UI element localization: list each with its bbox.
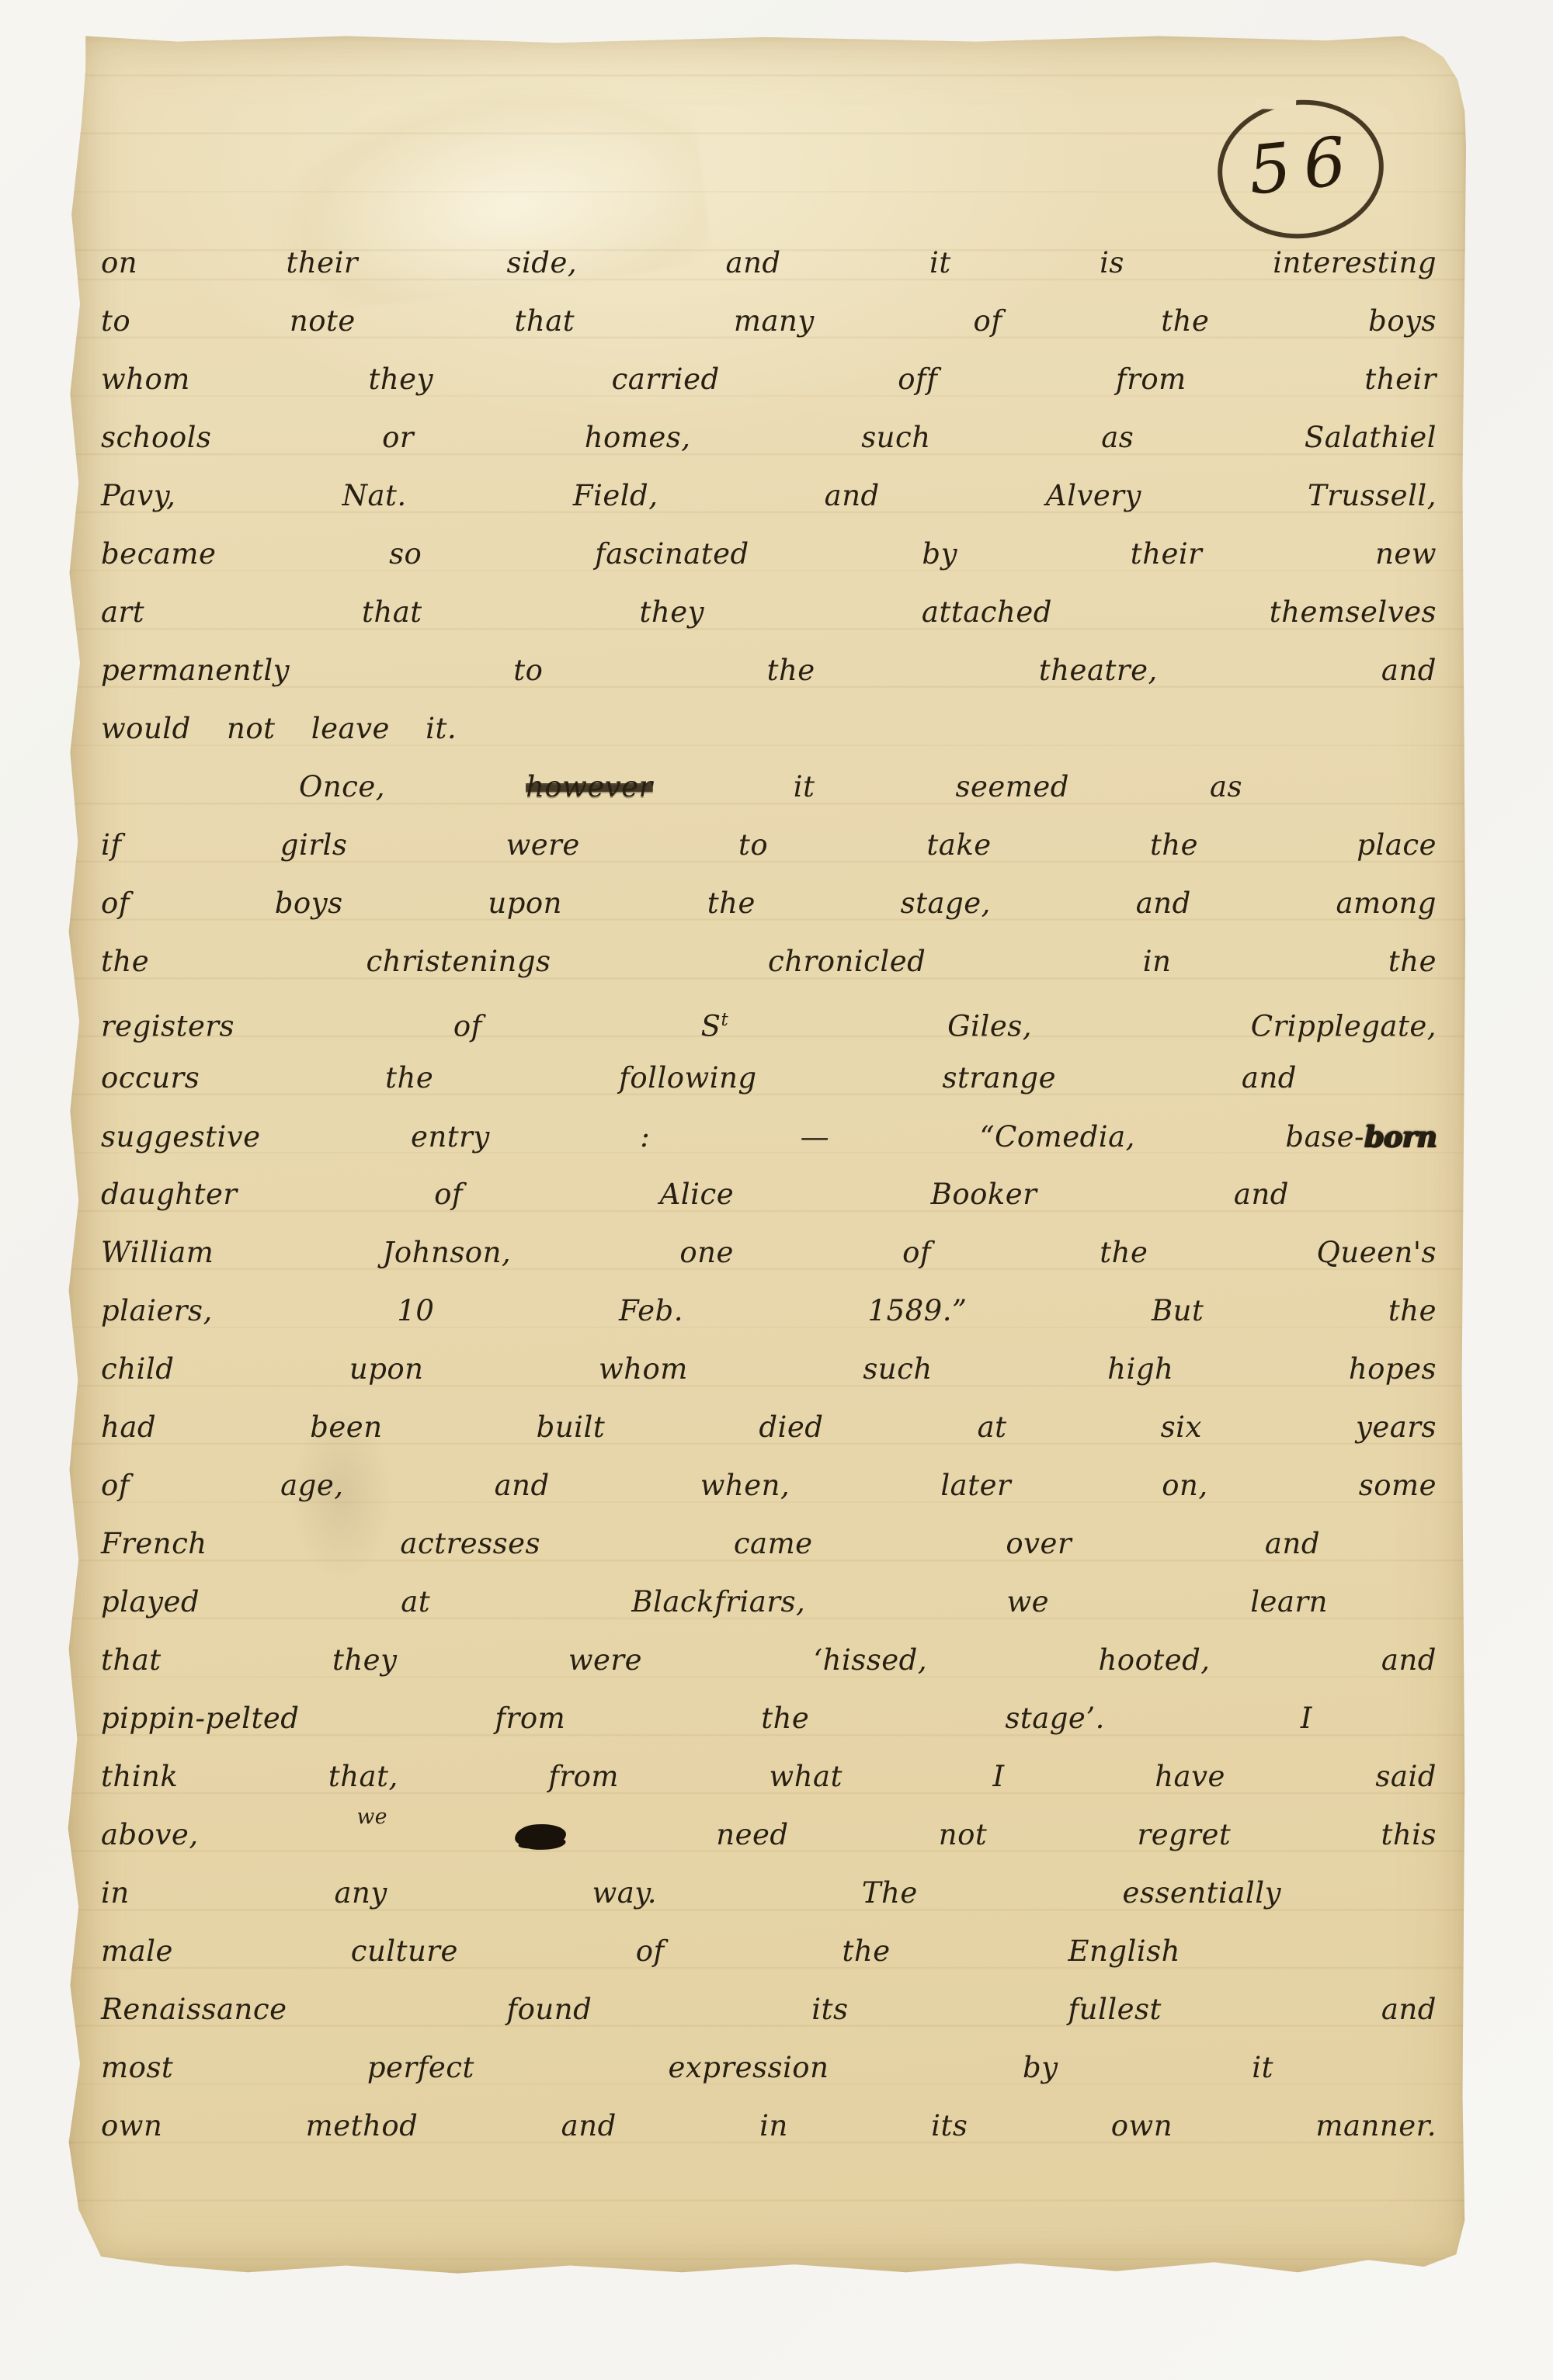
manuscript-line: pippin-pelted from the stage’. I [101, 1691, 1312, 1749]
text-segment: William Johnson, one of the Queen's [101, 1236, 1437, 1269]
text-segment: registers of S [101, 1009, 721, 1043]
text-segment: French actresses came over and [101, 1527, 1320, 1560]
text-segment: had been built died at six years [101, 1410, 1437, 1444]
superscript-letter: t [721, 1010, 729, 1030]
text-segment: most perfect expression by it [101, 2051, 1273, 2084]
manuscript-line: in any way. The essentially [101, 1865, 1281, 1924]
text-segment: suggestive entry : — “Comedia, base- [101, 1120, 1364, 1154]
manuscript-line: had been built died at six years [101, 1400, 1437, 1458]
text-segment: became so fascinated by their new [101, 537, 1437, 571]
manuscript-line: art that they attached themselves [101, 585, 1437, 643]
text-segment: Giles, Cripplegate, [947, 1009, 1437, 1043]
struck-word: however [526, 770, 653, 803]
text-segment: whom they carried off from their [101, 363, 1437, 396]
ink-blot [514, 1823, 566, 1848]
manuscript-line: permanently to the theatre, and [101, 643, 1437, 701]
text-segment: own method and in its own manner. [101, 2109, 1437, 2142]
text-segment: pippin-pelted from the stage’. I [101, 1702, 1312, 1735]
text-segment: art that they attached themselves [101, 595, 1437, 629]
text-segment: if girls were to take the place [101, 828, 1437, 862]
manuscript-line: plaiers, 10 Feb. 1589.” But the [101, 1283, 1437, 1341]
manuscript-line: became so fascinated by their new [101, 526, 1437, 585]
page-number-circle: 56 [1211, 92, 1390, 246]
page-number: 56 [1239, 121, 1363, 217]
manuscript-line: played at Blackfriars, we learn [101, 1574, 1328, 1632]
manuscript-line: of boys upon the stage, and among [101, 876, 1437, 934]
manuscript-line: William Johnson, one of the Queen's [101, 1225, 1437, 1283]
text-segment: of boys upon the stage, and among [101, 886, 1437, 920]
manuscript-line: schools or homes, such as Salathiel [101, 410, 1437, 468]
manuscript-line: registers of St Giles, Cripplegate, [101, 992, 1437, 1050]
manuscript-line: French actresses came over and [101, 1516, 1320, 1574]
manuscript-line: think that, from what I have said [101, 1749, 1437, 1807]
text-segment: Once, [299, 770, 385, 803]
text-segment: schools or homes, such as Salathiel [101, 421, 1437, 454]
text-segment: above, [101, 1818, 199, 1851]
manuscript-line: most perfect expression by it [101, 2040, 1273, 2098]
manuscript-line: Once, however it seemed as [101, 759, 1242, 817]
manuscript-line: if girls were to take the place [101, 817, 1437, 876]
manuscript-line: occurs the following strange and [101, 1050, 1297, 1108]
text-segment: permanently to the theatre, and [101, 654, 1437, 687]
manuscript-line: whom they carried off from their [101, 352, 1437, 410]
manuscript-line: daughter of Alice Booker and [101, 1167, 1289, 1225]
manuscript-line: would not leave it. [101, 701, 1437, 759]
text-segment: occurs the following strange and [101, 1061, 1297, 1095]
text-segment: Pavy, Nat. Field, and Alvery Trussell, [101, 479, 1437, 512]
overwritten-word: born [1364, 1119, 1437, 1154]
text-segment: child upon whom such high hopes [101, 1352, 1437, 1386]
manuscript-line: suggestive entry : — “Comedia, base-born [101, 1108, 1437, 1167]
text-segment: on their side, and it is interesting [101, 246, 1437, 279]
text-segment: in any way. The essentially [101, 1876, 1281, 1910]
scan-background: { "page": { "number": "56" }, "colors": … [0, 0, 1553, 2380]
manuscript-line: above, we need not regret this [101, 1807, 1437, 1865]
text-segment: it seemed as [794, 770, 1242, 803]
text-segment: Renaissance found its fullest and [101, 1993, 1437, 2026]
manuscript-line: Renaissance found its fullest and [101, 1982, 1437, 2040]
text-segment: of age, and when, later on, some [101, 1469, 1437, 1502]
manuscript-line: to note that many of the boys [101, 293, 1437, 352]
manuscript-line: on their side, and it is interesting [101, 235, 1437, 293]
manuscript-line: that they were ‘hissed, hooted, and [101, 1632, 1437, 1691]
text-segment: need not regret this [716, 1818, 1437, 1851]
text-segment: the christenings chronicled in the [101, 945, 1437, 978]
manuscript-line: male culture of the English [101, 1924, 1180, 1982]
manuscript-line: the christenings chronicled in the [101, 934, 1437, 992]
manuscript-line: own method and in its own manner. [101, 2098, 1437, 2156]
manuscript-line: Pavy, Nat. Field, and Alvery Trussell, [101, 468, 1437, 526]
text-segment: male culture of the English [101, 1934, 1180, 1968]
text-segment: would not leave it. [101, 712, 457, 745]
text-segment: to note that many of the boys [101, 304, 1437, 338]
manuscript-page: 56 on their side, and it is interestingt… [66, 35, 1466, 2277]
text-segment: daughter of Alice Booker and [101, 1178, 1289, 1211]
text-segment: plaiers, 10 Feb. 1589.” But the [101, 1294, 1437, 1327]
inserted-word: we [357, 1805, 388, 1829]
text-segment: that they were ‘hissed, hooted, and [101, 1643, 1437, 1677]
manuscript-line: of age, and when, later on, some [101, 1458, 1437, 1516]
manuscript-line: child upon whom such high hopes [101, 1341, 1437, 1400]
text-segment: think that, from what I have said [101, 1760, 1437, 1793]
text-segment: played at Blackfriars, we learn [101, 1585, 1328, 1618]
text-block: on their side, and it is interestingto n… [101, 235, 1437, 2156]
